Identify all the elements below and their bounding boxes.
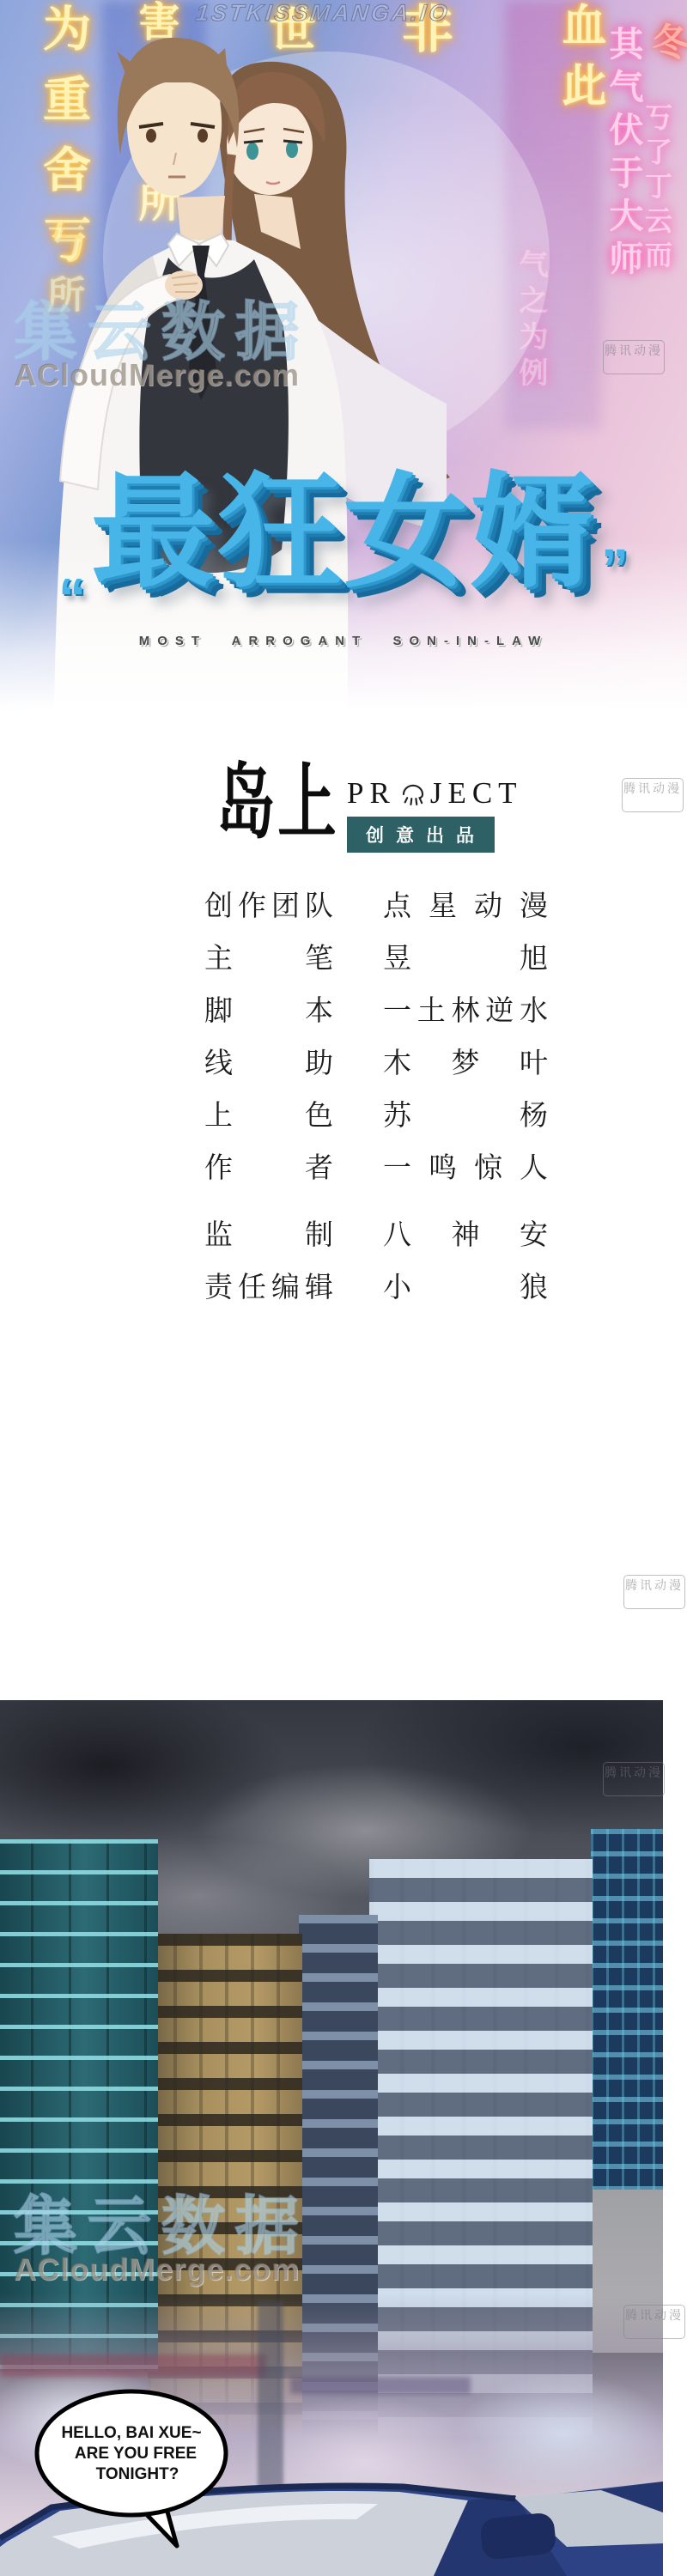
- credit-role: 责任编辑: [204, 1273, 333, 1302]
- credit-row: 创作团队 点星动漫: [204, 891, 548, 920]
- publisher-stamp: 腾讯动漫: [603, 340, 665, 374]
- building-teal: [0, 1839, 158, 2372]
- credit-name: 一鸣惊人: [383, 1153, 548, 1182]
- credit-role: 主笔: [204, 944, 333, 973]
- credit-name: 小狼: [383, 1273, 548, 1302]
- storefront-awning: [0, 2354, 266, 2377]
- title-quote-close: ”: [601, 537, 629, 600]
- building-navy: [591, 1829, 663, 2190]
- comic-panel-city: HELLO, BAI XUE~ ARE YOU FREE TONIGHT?: [0, 1700, 663, 2576]
- credit-role: 创作团队: [204, 891, 333, 920]
- credit-role: 作者: [204, 1153, 333, 1182]
- studio-badge: 创意出品: [347, 817, 495, 853]
- speech-bubble: HELLO, BAI XUE~ ARE YOU FREE TONIGHT?: [24, 2383, 239, 2550]
- series-subtitle: MOST ARROGANT SON-IN-LAW: [34, 634, 653, 648]
- title-quote-open: “: [58, 566, 86, 629]
- credit-name: 木梦叶: [383, 1048, 548, 1078]
- cloud-watermark: 集云数据 ACloudMerge.com: [14, 2195, 309, 2287]
- cloud-watermark-en: ACloudMerge.com: [14, 2251, 309, 2287]
- series-title-text: 最狂女婿: [91, 463, 596, 602]
- dialogue-line: HELLO, BAI XUE~: [61, 2424, 201, 2442]
- credit-role: 线助: [204, 1048, 333, 1078]
- credit-row: 线助 木梦叶: [204, 1048, 548, 1078]
- credit-name: 昱旭: [383, 944, 548, 973]
- credit-name: 点星动漫: [383, 891, 548, 920]
- publisher-stamp: 腾讯动漫: [622, 778, 684, 812]
- cloud-watermark-cn: 集云数据: [14, 2195, 309, 2258]
- credit-row: 主笔 昱旭: [204, 944, 548, 973]
- publisher-stamp: 腾讯动漫: [623, 2305, 685, 2339]
- credits-list: 创作团队 点星动漫 主笔 昱旭 脚本 一土林逆水 线助 木梦叶 上色 苏杨 作者…: [204, 891, 548, 1325]
- studio-name-en-right: JECT: [430, 776, 523, 811]
- credit-row: 脚本 一土林逆水: [204, 996, 548, 1025]
- dialogue-line: TONIGHT?: [96, 2465, 179, 2483]
- cloud-watermark-cn: 集云数据: [14, 301, 309, 364]
- cloud-watermark: 集云数据 ACloudMerge.com: [14, 301, 309, 393]
- credit-role: 上色: [204, 1101, 333, 1130]
- publisher-stamp: 腾讯动漫: [603, 1762, 665, 1796]
- credit-name: 苏杨: [383, 1101, 548, 1130]
- credits-page: 岛上 PR JECT 创意出品 创作团队 点星动漫 主笔 昱旭 脚本 一: [0, 747, 687, 1700]
- studio-name-cn: 岛上: [216, 762, 339, 844]
- credit-row: 责任编辑 小狼: [204, 1273, 548, 1302]
- cloud-watermark-en: ACloudMerge.com: [14, 357, 309, 393]
- studio-logo: 岛上 PR JECT 创意出品: [216, 762, 523, 853]
- credit-row: 监制 八神安: [204, 1220, 548, 1249]
- series-title: “最狂女婿”: [34, 471, 653, 595]
- panel-right-margin: [663, 1700, 687, 2576]
- credit-row: 上色 苏杨: [204, 1101, 548, 1130]
- credit-name: 八神安: [383, 1220, 548, 1249]
- site-watermark: 1STKISSMANGA.IO: [194, 0, 451, 27]
- credit-role: 脚本: [204, 996, 333, 1025]
- jellyfish-o-icon: [398, 780, 428, 809]
- dialogue-line: ARE YOU FREE: [75, 2445, 197, 2463]
- credit-name: 一土林逆水: [383, 996, 548, 1025]
- studio-name-en-left: PR: [347, 776, 396, 811]
- studio-name-en: PR JECT: [347, 776, 523, 811]
- storefront-awning: [290, 2377, 471, 2394]
- publisher-stamp: 腾讯动漫: [623, 1575, 685, 1609]
- credit-row: 作者 一鸣惊人: [204, 1153, 548, 1182]
- credit-role: 监制: [204, 1220, 333, 1249]
